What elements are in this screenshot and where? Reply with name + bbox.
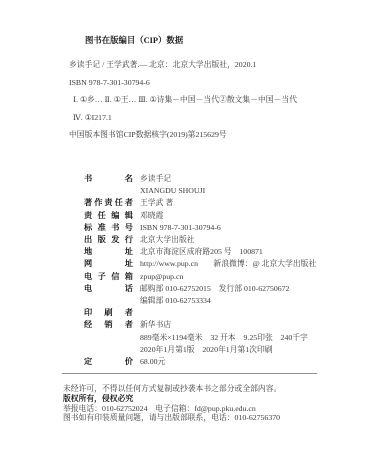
all-rights-reserved: 版权所有，侵权必究 — [63, 394, 343, 404]
row-distributor: 经销者 新华书店 889毫米×1194毫米 32 开本 9.25印张 240千字… — [84, 319, 354, 356]
book-title-value: 乡读手记 — [140, 173, 205, 185]
row-price: 定价 68.00元 — [84, 356, 354, 368]
colophon-table: 书名 乡读手记 XIANGDU SHOUJI 著作责任者 王学武 著 责任编辑 … — [84, 173, 354, 368]
row-publisher-label: 出版发行 — [84, 234, 133, 246]
edition-value: 2020年1月第1版 2020年1月第1次印刷 — [140, 344, 308, 356]
row-editor-label: 责任编辑 — [84, 210, 133, 222]
copyright-page: 图书在版编目（CIP）数据 乡读手记 / 王学武著.— 北京：北京大学出版社，2… — [0, 0, 375, 453]
row-printer-label: 印刷者 — [84, 307, 133, 319]
row-website-label: 网址 — [84, 258, 133, 270]
cip-block: 图书在版编目（CIP）数据 乡读手记 / 王学武著.— 北京：北京大学出版社，2… — [69, 34, 349, 144]
website-value: http://www.pup.cn 新浪微博：@ 北京大学出版社 — [140, 258, 316, 270]
row-address: 地址 北京市海淀区成府路205 号 100871 — [84, 246, 354, 258]
cip-record-number: 中国版本图书馆CIP数据核字(2019)第215629号 — [69, 126, 349, 144]
price-value: 68.00元 — [140, 356, 165, 368]
cip-header: 图书在版编目（CIP）数据 — [85, 34, 349, 46]
phone-value-line2: 编辑部 010-62753334 — [140, 295, 289, 307]
cip-isbn: ISBN 978-7-301-30794-6 — [69, 74, 349, 92]
row-book-title-label: 书名 — [84, 173, 133, 185]
author-value: 王学武 著 — [140, 197, 173, 209]
copyright-notice: 未经许可，不得以任何方式复制或抄袭本书之部分或全部内容。 版权所有，侵权必究 举… — [63, 384, 343, 423]
row-book-title: 书名 乡读手记 XIANGDU SHOUJI — [84, 173, 354, 197]
book-title-pinyin: XIANGDU SHOUJI — [140, 185, 205, 197]
format-spec-value: 889毫米×1194毫米 32 开本 9.25印张 240千字 — [140, 332, 308, 344]
cip-class-number: Ⅳ. ①I217.1 — [69, 109, 349, 127]
address-value: 北京市海淀区成府路205 号 100871 — [140, 246, 263, 258]
quality-contact: 图书如有印装质量问题，请与出版部联系，电话：010-62756370 — [63, 413, 343, 423]
row-publisher: 出版发行 北京大学出版社 — [84, 234, 354, 246]
row-email-label: 电子信箱 — [84, 271, 133, 283]
row-website: 网址 http://www.pup.cn 新浪微博：@ 北京大学出版社 — [84, 258, 354, 270]
row-price-label: 定价 — [84, 356, 133, 368]
row-author: 著作责任者 王学武 著 — [84, 197, 354, 209]
report-contact: 举报电话：010-62752024 电子信箱：fd@pup.pku.edu.cn — [63, 404, 343, 414]
publisher-value: 北京大学出版社 — [140, 234, 195, 246]
row-distributor-label: 经销者 — [84, 319, 133, 331]
row-isbn-label: 标准书号 — [84, 222, 133, 234]
row-email: 电子信箱 zpup@pup.cn — [84, 271, 354, 283]
cip-title-statement: 乡读手记 / 王学武著.— 北京：北京大学出版社，2020.1 — [69, 56, 349, 74]
row-address-label: 地址 — [84, 246, 133, 258]
no-copy-notice: 未经许可，不得以任何方式复制或抄袭本书之部分或全部内容。 — [63, 384, 343, 394]
isbn-value: ISBN 978-7-301-30794-6 — [140, 222, 221, 234]
editor-value: 邓晓霞 — [140, 210, 163, 222]
horizontal-divider — [62, 373, 317, 374]
email-value: zpup@pup.cn — [140, 271, 183, 283]
distributor-value: 新华书店 — [140, 319, 308, 331]
row-author-label: 著作责任者 — [84, 197, 133, 209]
row-printer: 印刷者 — [84, 307, 354, 319]
row-isbn: 标准书号 ISBN 978-7-301-30794-6 — [84, 222, 354, 234]
row-editor: 责任编辑 邓晓霞 — [84, 210, 354, 222]
phone-value-line1: 邮购部 010-62752015 发行部 010-62750672 — [140, 283, 289, 295]
cip-classification: Ⅰ. ①乡… Ⅱ. ①王… Ⅲ. ①诗集－中国－当代②散文集－中国－当代 — [69, 91, 349, 109]
row-phone: 电话 邮购部 010-62752015 发行部 010-62750672 编辑部… — [84, 283, 354, 307]
row-phone-label: 电话 — [84, 283, 133, 295]
